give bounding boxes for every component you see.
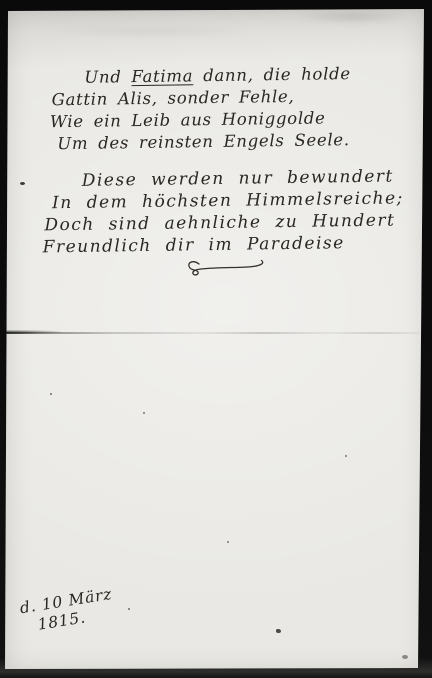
paper-speck <box>276 629 281 633</box>
poem-line: Doch sind aehnliche zu Hundert <box>44 210 395 235</box>
poem-stanza-1: Und Fatima dann, die holde Gattin Alis, … <box>0 0 427 3</box>
poem-line: In dem höchsten Himmelsreiche; <box>52 188 404 213</box>
poem: Und Fatima dann, die holde Gattin Alis, … <box>0 0 432 678</box>
poem-line: Um des reinsten Engels Seele. <box>57 130 350 153</box>
poem-line: Gattin Alis, sonder Fehle, <box>52 87 295 109</box>
underlined-word-fatima: Fatima <box>131 66 193 86</box>
photograph-frame: Und Fatima dann, die holde Gattin Alis, … <box>0 0 432 678</box>
poem-line: Und Fatima dann, die holde <box>84 64 351 87</box>
paper-speck <box>227 541 229 543</box>
poem-line: Wie ein Leib aus Honiggolde <box>50 108 326 131</box>
poem-text: dann, die holde <box>193 64 351 85</box>
poem-line: Freundlich dir im Paradeise <box>43 233 345 257</box>
fold-crease-shadow <box>6 330 60 334</box>
paper-speck <box>345 455 347 457</box>
paper-speck <box>402 655 408 659</box>
poem-line: Diese werden nur bewundert <box>82 167 394 191</box>
closing-flourish-icon <box>183 256 278 286</box>
poem-stanza-2: Diese werden nur bewundert In dem höchst… <box>0 0 427 3</box>
paper-speck <box>50 393 52 395</box>
manuscript-page: Und Fatima dann, die holde Gattin Alis, … <box>0 0 432 678</box>
poem-text: Und <box>84 67 131 87</box>
paper-speck <box>20 182 25 185</box>
paper-speck <box>128 608 130 610</box>
paper-speck <box>143 412 145 414</box>
fold-crease <box>6 332 420 334</box>
